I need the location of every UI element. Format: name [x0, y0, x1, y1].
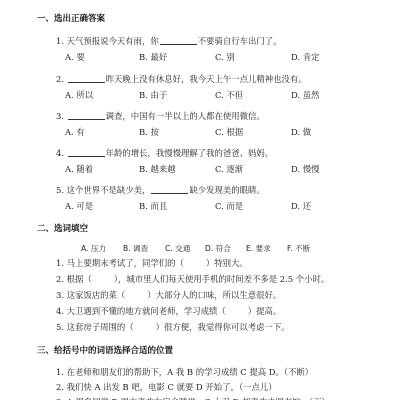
option-b: B. 而且 — [139, 200, 167, 212]
question-1-4: 4. 年龄的增长，我慢慢理解了我的爸爸、妈妈。 — [56, 147, 273, 159]
question-1-2: 2. 昨天晚上没有休息好，我今天上午一点儿精神也没有。 — [56, 73, 307, 85]
answer-blank — [68, 148, 105, 157]
option-a: A. 所以 — [65, 89, 93, 101]
question-text: ）大部分人的口味，所以生意很好。 — [147, 290, 281, 300]
question-2-1: 1. 马上要期末考试了，同学们的（）特别大。 — [56, 257, 248, 269]
question-2-5: 5. 这套房子周围的（）很方便，我觉得你可以考虑一下。 — [56, 321, 290, 333]
option-c: C. 不但 — [215, 89, 243, 101]
option-c: C. 逐渐 — [215, 163, 243, 175]
word-option: E. 要求 — [246, 243, 271, 254]
question-1-1: 1. 天气预报说今天有雨，你不要骑自行车出门了。 — [56, 35, 282, 47]
question-text: 不要骑自行车出门了。 — [198, 36, 282, 46]
option-b: B. 按 — [139, 126, 159, 138]
question-text: 3. 这家饭店的菜（ — [56, 290, 125, 300]
question-2-3: 3. 这家饭店的菜（）大部分人的口味，所以生意很好。 — [56, 289, 281, 301]
option-d: D. 慢慢 — [291, 163, 320, 175]
question-3-1: 1. 在老师和朋友们的帮助下，A 我 B 的学习成绩 C 提高 D。（不断） — [56, 366, 313, 378]
option-d: D. 肯定 — [291, 51, 320, 63]
question-text: 昨天晚上没有休息好，我今天上午一点儿精神也没有。 — [106, 74, 307, 84]
question-text: ）提高。 — [248, 306, 282, 316]
answer-blank — [68, 111, 105, 120]
question-3-2: 2. 我们快 A 出发 B 吧，电影 C 就要 D 开始了。（一点儿） — [56, 381, 277, 393]
question-text: 3. — [56, 111, 67, 121]
option-a: A. 有 — [65, 126, 85, 138]
word-option: F. 不断 — [287, 243, 310, 254]
question-text: 2. 根据（ — [56, 274, 92, 284]
option-d: D. 做 — [291, 126, 311, 138]
question-3-3: 3. A 很多同学 B 周末喜欢在宿舍睡觉，C 大卫 D 却喜欢去图书馆。（而） — [56, 396, 330, 400]
question-1-5: 5. 这个世界不是缺少美，缺少发现美的眼睛。 — [56, 184, 265, 196]
question-text: 1. 马上要期末考试了，同学们的（ — [56, 258, 184, 268]
answer-blank — [151, 185, 188, 194]
question-text: 1. 天气预报说今天有雨，你 — [56, 36, 159, 46]
section-1-title: 一、选出正确答案 — [37, 12, 105, 24]
question-1-3: 3. 调查，中国有一半以上的人都在使用微信。 — [56, 110, 265, 122]
option-b: B. 越来越 — [139, 163, 176, 175]
word-option: A. 压力 — [81, 243, 106, 254]
question-2-4: 4. 大卫遇到不懂的地方就问老师，学习成绩（）提高。 — [56, 305, 281, 317]
question-text: 5. 这套房子周围的（ — [56, 322, 134, 332]
question-text: ）特别大。 — [206, 258, 248, 268]
question-text: ）很方便，我觉得你可以考虑一下。 — [156, 322, 290, 332]
question-text: 2. — [56, 74, 67, 84]
option-c: C. 别 — [215, 51, 235, 63]
option-d: D. 虽然 — [291, 89, 320, 101]
question-text: 4. 大卫遇到不懂的地方就问老师，学习成绩（ — [56, 306, 226, 316]
option-c: C. 而是 — [215, 200, 243, 212]
word-option: C. 交通 — [165, 243, 190, 254]
word-option: D. 符合 — [205, 243, 231, 254]
option-b: B. 由于 — [139, 89, 167, 101]
answer-blank — [160, 36, 197, 45]
option-d: D. 还 — [291, 200, 311, 212]
question-2-2: 2. 根据（），城市里人们每天使用手机的时间差不多是 2.5 个小时。 — [56, 273, 329, 285]
question-text: 缺少发现美的眼睛。 — [189, 185, 264, 195]
question-text: 5. 这个世界不是缺少美， — [56, 185, 150, 195]
word-option: B. 调查 — [123, 243, 148, 254]
answer-blank — [68, 74, 105, 83]
option-c: C. 根据 — [215, 126, 243, 138]
option-a: A. 可是 — [65, 200, 93, 212]
option-a: A. 要 — [65, 51, 85, 63]
question-text: 年龄的增长，我慢慢理解了我的爸爸、妈妈。 — [106, 148, 274, 158]
section-3-title: 三、给括号中的词语选择合适的位置 — [37, 344, 173, 356]
section-2-title: 二、选词填空 — [37, 222, 88, 234]
option-a: A. 随着 — [65, 163, 93, 175]
question-text: 调查，中国有一半以上的人都在使用微信。 — [106, 111, 265, 121]
option-b: B. 最好 — [139, 51, 167, 63]
question-text: 4. — [56, 148, 67, 158]
question-text: ），城市里人们每天使用手机的时间差不多是 2.5 个小时。 — [114, 274, 329, 284]
